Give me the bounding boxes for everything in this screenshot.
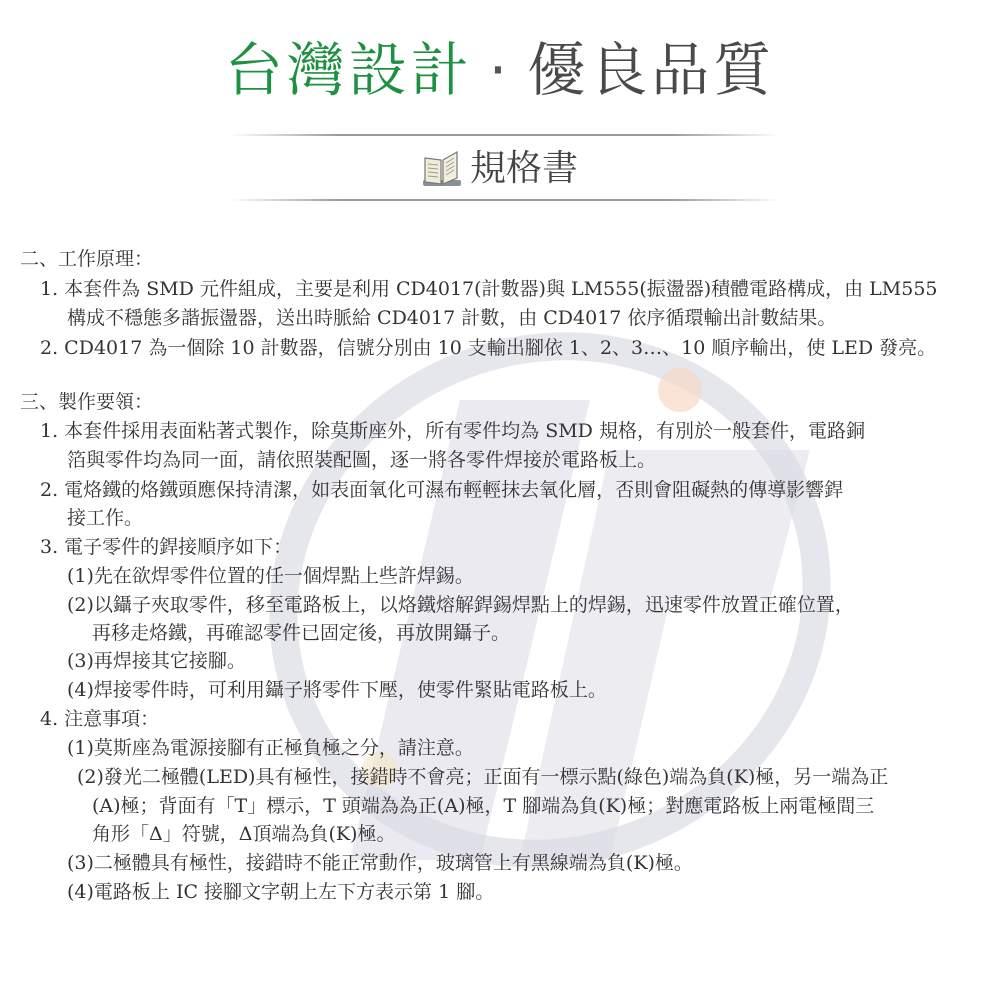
- title-quality: 優良品質: [527, 36, 775, 104]
- list-item-continuation: 箔與零件均為同一面，請依照裝配圖，逐一將各零件焊接於電路板上。: [67, 446, 656, 475]
- sub-item: (4)焊接零件時，可利用鑷子將零件下壓，使零件緊貼電路板上。: [67, 676, 607, 705]
- sub-item: (3)二極體具有極性，接錯時不能正常動作，玻璃管上有黑線端為負(K)極。: [67, 849, 693, 878]
- sub-item-continuation: 再移走烙鐵，再確認零件已固定後，再放開鑷子。: [92, 619, 510, 648]
- sub-item-continuation: (A)極；背面有「T」標示，T 頭端為為正(A)極，T 腳端為負(K)極；對應電…: [92, 792, 874, 821]
- divider-top: [230, 134, 780, 136]
- list-item: 4. 注意事項：: [40, 705, 159, 734]
- sub-item: (3)再焊接其它接腳。: [67, 647, 246, 676]
- list-item: 2. 電烙鐵的烙鐵頭應保持清潔，如表面氧化可濕布輕輕抹去氧化層，否則會阻礙熱的傳…: [40, 476, 843, 505]
- divider-bottom: [230, 199, 780, 201]
- sub-item: (4)電路板上 IC 接腳文字朝上左下方表示第 1 腳。: [67, 878, 494, 907]
- sub-item: (1)先在欲焊零件位置的任一個焊點上些許焊錫。: [67, 562, 474, 591]
- list-item: 2. CD4017 為一個除 10 計數器，信號分別由 10 支輸出腳依 1、2…: [40, 334, 936, 363]
- list-item: 1. 本套件為 SMD 元件組成，主要是利用 CD4017(計數器)與 LM55…: [40, 275, 938, 304]
- section-heading-working-principle: 二、工作原理：: [20, 245, 153, 274]
- title-taiwan-design: 台灣設計: [225, 36, 473, 104]
- sub-item-continuation: 角形「Δ」符號，Δ頂端為負(K)極。: [92, 820, 395, 849]
- title-separator: ·: [489, 36, 511, 104]
- list-item-continuation: 構成不穩態多諧振盪器，送出時脈給 CD4017 計數，由 CD4017 依序循環…: [67, 304, 836, 333]
- list-item: 3. 電子零件的銲接順序如下：: [40, 533, 292, 562]
- list-item-continuation: 接工作。: [67, 504, 143, 533]
- sub-item: (1)莫斯座為電源接腳有正極負極之分，請注意。: [67, 734, 474, 763]
- open-book-icon: [422, 150, 462, 203]
- section-heading-production-notes: 三、製作要領：: [20, 388, 153, 417]
- list-item: 1. 本套件採用表面粘著式製作，除莫斯座外，所有零件均為 SMD 規格，有別於一…: [40, 417, 865, 446]
- page-title: 台灣設計·優良品質: [0, 30, 1000, 110]
- subtitle-text: 規格書: [470, 148, 578, 189]
- sub-item: (2)以鑷子夾取零件，移至電路板上，以烙鐵熔解銲錫焊點上的焊錫，迅速零件放置正確…: [67, 591, 854, 620]
- sub-item: (2)發光二極體(LED)具有極性，接錯時不會亮；正面有一標示點(綠色)端為負(…: [77, 763, 888, 792]
- spec-sheet-heading: 規格書: [0, 143, 1000, 203]
